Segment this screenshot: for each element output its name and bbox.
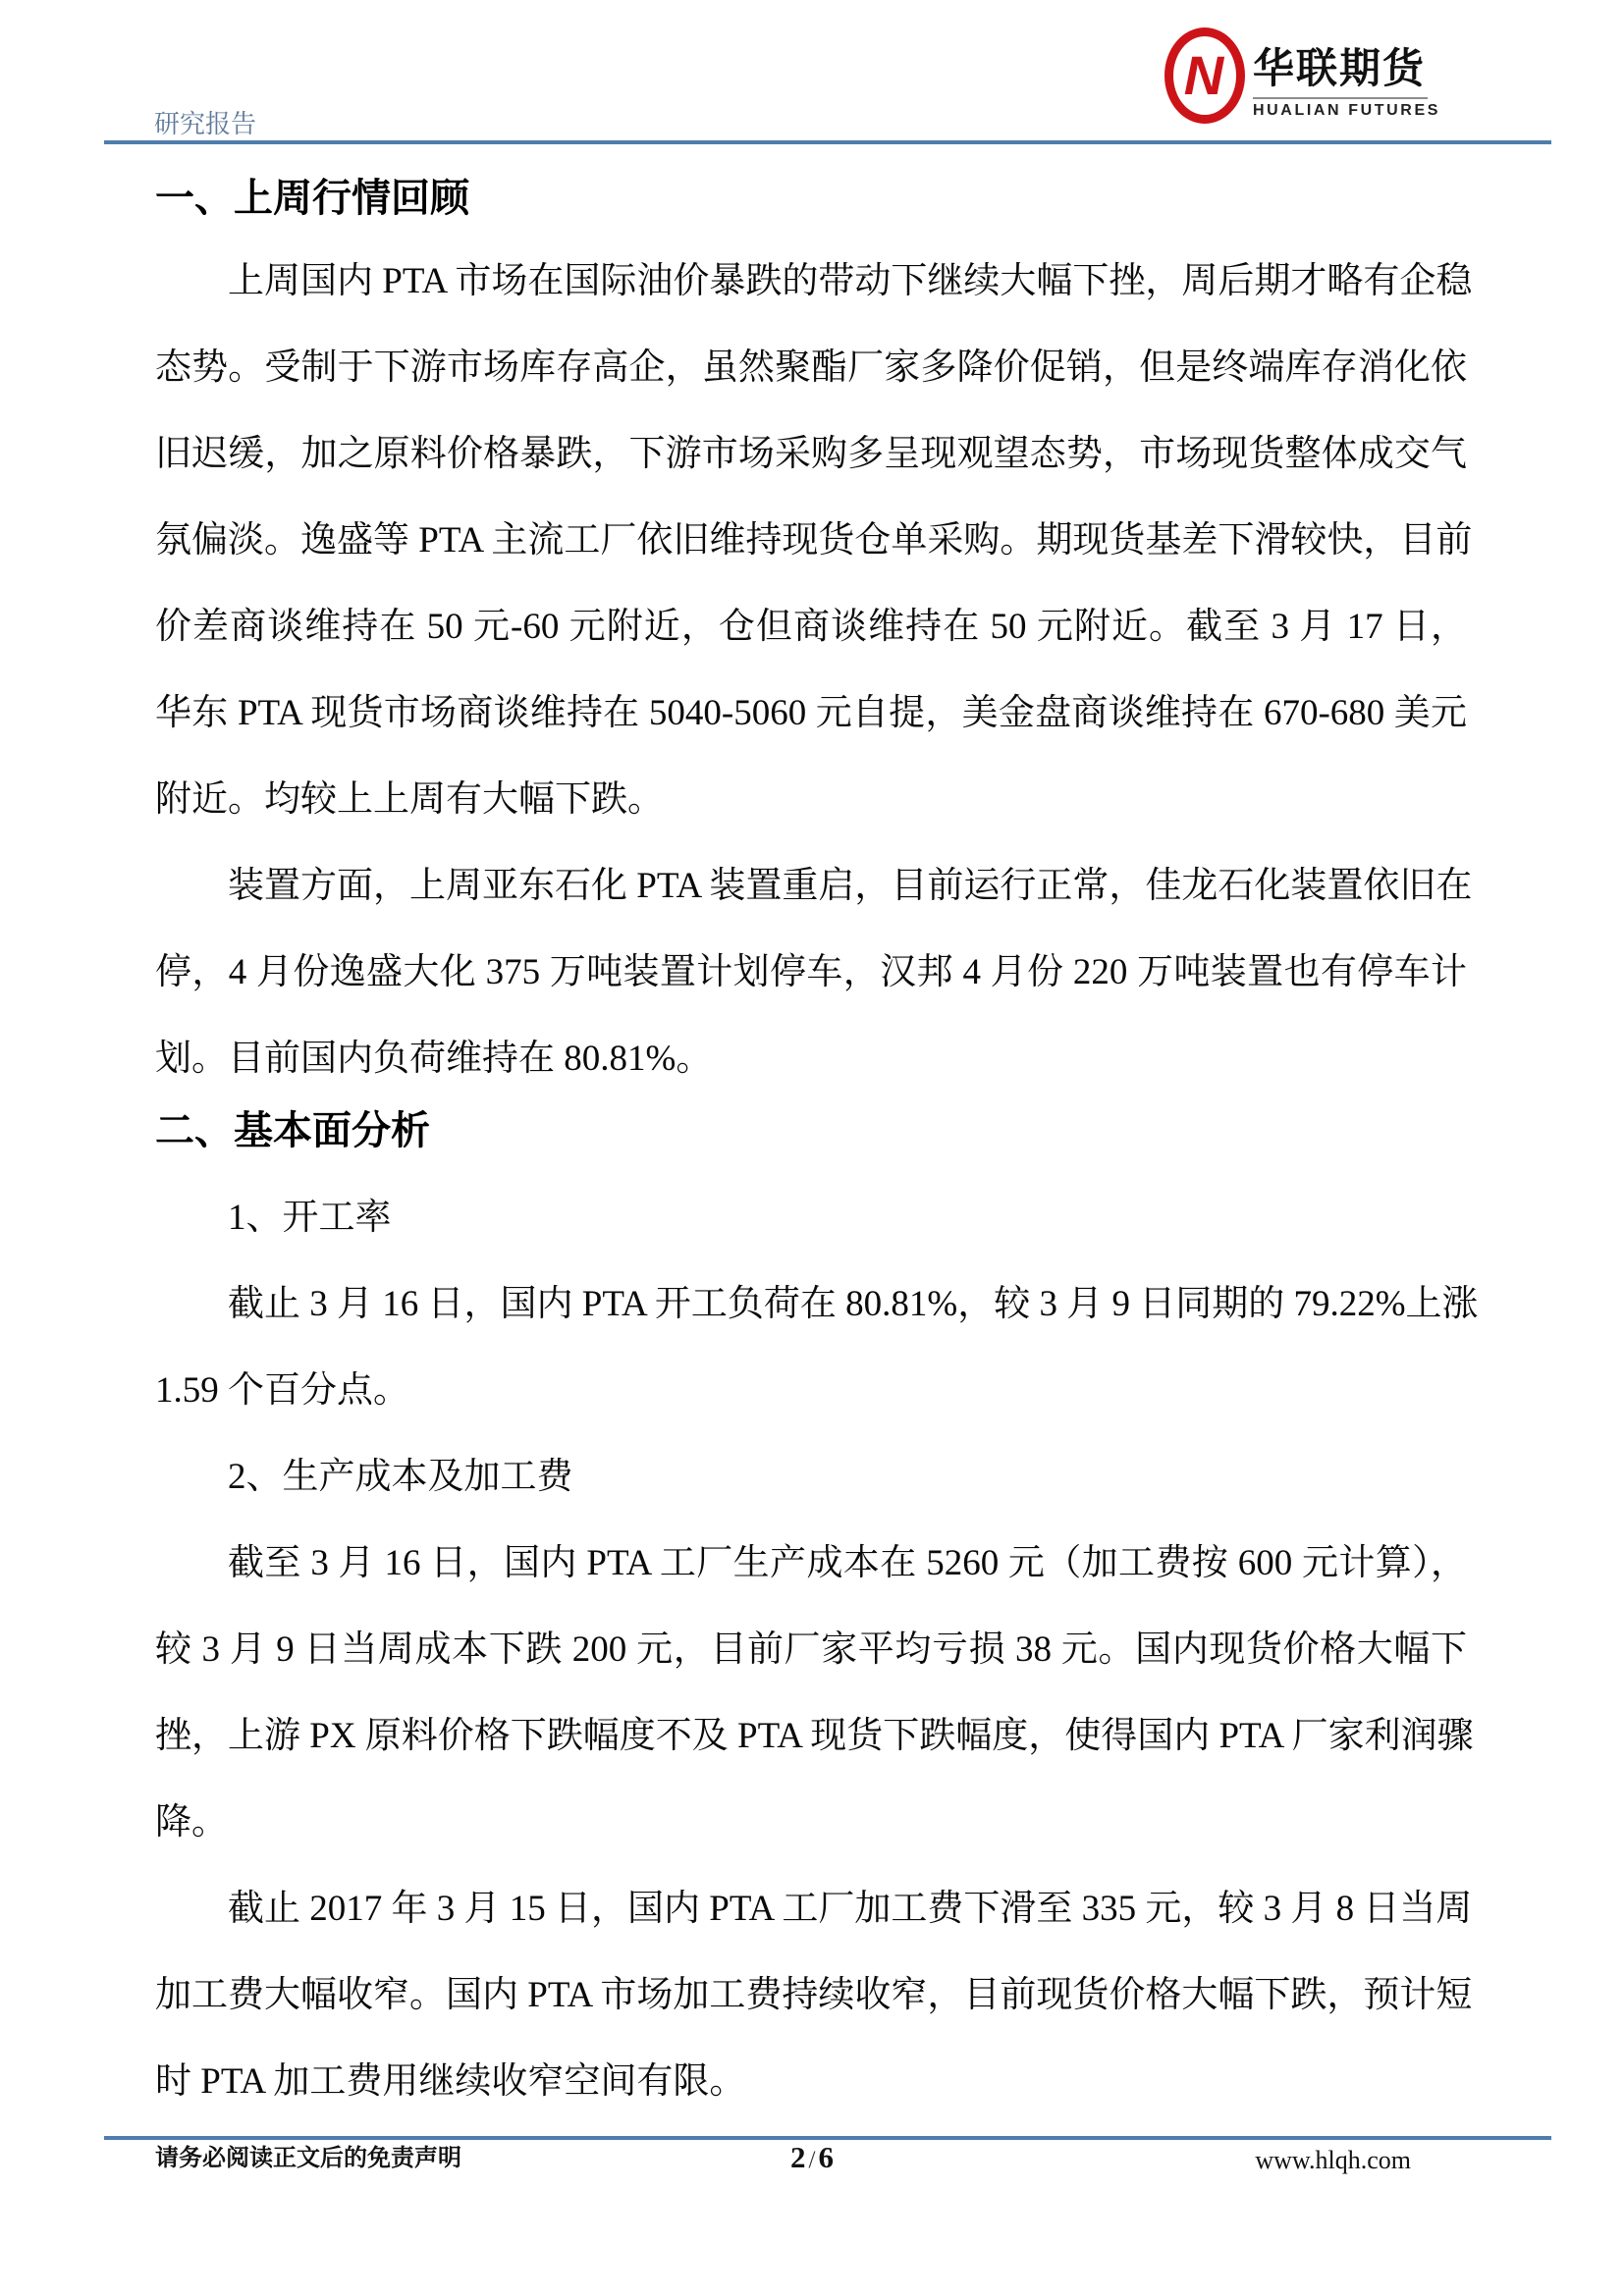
body-line: 氛偏淡。逸盛等 PTA 主流工厂依旧维持现货仓单采购。期现货基差下滑较快，目前 [155,498,1467,584]
page-total: 6 [818,2140,834,2174]
subsection-1-heading: 1、开工率 [155,1175,1467,1261]
page-current: 2 [790,2140,806,2174]
body-line: 态势。受制于下游市场库存高企，虽然聚酯厂家多降价促销，但是终端库存消化依 [155,325,1467,411]
body-line: 较 3 月 9 日当周成本下跌 200 元，目前厂家平均亏损 38 元。国内现货… [155,1607,1467,1693]
body-line: 华东 PTA 现货市场商谈维持在 5040-5060 元自提，美金盘商谈维持在 … [155,670,1467,757]
body-line: 停，4 月份逸盛大化 375 万吨装置计划停车，汉邦 4 月份 220 万吨装置… [155,930,1467,1016]
body-line: 附近。均较上上周有大幅下跌。 [155,757,1467,843]
body-line: 1.59 个百分点。 [155,1348,1467,1434]
body-line: 截止 2017 年 3 月 15 日，国内 PTA 工厂加工费下滑至 335 元… [155,1866,1467,1952]
section-2-heading: 二、基本面分析 [155,1101,1467,1160]
report-page: 研究报告 N 华联期货 HUALIAN FUTURES 一、上周行情回顾 上周国… [0,0,1624,2296]
section-1-heading: 一、上周行情回顾 [155,169,1467,228]
website-link[interactable]: www.hlqh.com [1255,2146,1411,2175]
body-line: 旧迟缓，加之原料价格暴跌，下游市场采购多呈现观望态势，市场现货整体成交气 [155,411,1467,498]
body-line: 价差商谈维持在 50 元-60 元附近，仓但商谈维持在 50 元附近。截至 3 … [155,584,1467,670]
body-line: 上周国内 PTA 市场在国际油价暴跌的带动下继续大幅下挫，周后期才略有企稳 [155,239,1467,325]
body-line: 加工费大幅收窄。国内 PTA 市场加工费持续收窄，目前现货价格大幅下跌，预计短 [155,1952,1467,2039]
body-line: 划。目前国内负荷维持在 80.81%。 [155,1016,1467,1102]
body-line: 截至 3 月 16 日，国内 PTA 工厂生产成本在 5260 元（加工费按 6… [155,1521,1467,1607]
body-line: 装置方面，上周亚东石化 PTA 装置重启，目前运行正常，佳龙石化装置依旧在 [155,843,1467,930]
page-separator: / [806,2147,819,2173]
body-line: 挫，上游 PX 原料价格下跌幅度不及 PTA 现货下跌幅度，使得国内 PTA 厂… [155,1693,1467,1780]
document-body: 一、上周行情回顾 上周国内 PTA 市场在国际油价暴跌的带动下继续大幅下挫，周后… [155,0,1467,2296]
subsection-2-heading: 2、生产成本及加工费 [155,1434,1467,1521]
body-line: 时 PTA 加工费用继续收窄空间有限。 [155,2039,1467,2125]
body-line: 降。 [155,1780,1467,1866]
body-line: 截止 3 月 16 日，国内 PTA 开工负荷在 80.81%，较 3 月 9 … [155,1261,1467,1348]
